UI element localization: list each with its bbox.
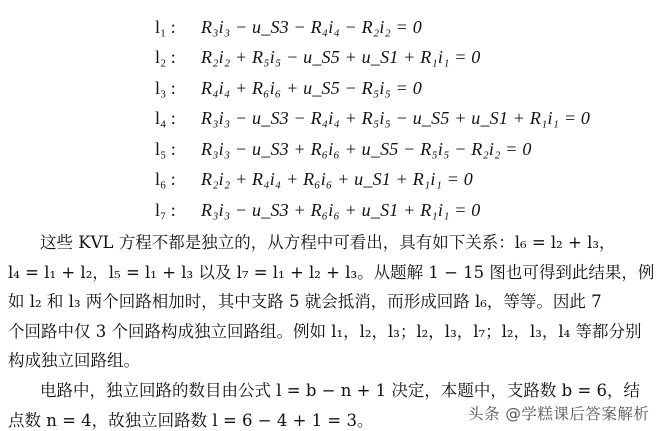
loop-label: l₄ : — [155, 108, 201, 129]
equation-expression: R₄i₄ + R₆i₆ + u_S5 − R₅i₅ = 0 — [201, 78, 422, 99]
equation-expression: R₃i₃ − u_S3 + R₆i₆ + u_S5 − R₅i₅ − R₂i₂ … — [201, 139, 532, 160]
equation-row-l5: l₅ : R₃i₃ − u_S3 + R₆i₆ + u_S5 − R₅i₅ − … — [155, 134, 590, 165]
equation-expression: R₂i₂ + R₄i₄ + R₆i₆ + u_S1 + R₁i₁ = 0 — [201, 169, 473, 190]
equation-row-l1: l₁ : R₃i₃ − u_S3 − R₄i₄ − R₂i₂ = 0 — [155, 12, 590, 43]
equation-row-l2: l₂ : R₂i₂ + R₅i₅ − u_S5 + u_S1 + R₁i₁ = … — [155, 43, 590, 74]
equation-expression: R₃i₃ − u_S3 + R₆i₆ + u_S1 + R₁i₁ = 0 — [201, 200, 480, 221]
text-line: 如 l₂ 和 l₃ 两个回路相加时，其中支路 5 就会抵消，而形成回路 l₆，等… — [8, 287, 664, 317]
equation-expression: R₃i₃ − u_S3 − R₄i₄ − R₂i₂ = 0 — [201, 17, 422, 38]
paragraph-kvl-dependence: 这些 KVL 方程不都是独立的，从方程中可看出，具有如下关系：l₆ = l₂ +… — [8, 228, 664, 376]
equation-expression: R₂i₂ + R₅i₅ − u_S5 + u_S1 + R₁i₁ = 0 — [201, 47, 480, 68]
equation-row-l7: l₇ : R₃i₃ − u_S3 + R₆i₆ + u_S1 + R₁i₁ = … — [155, 195, 590, 226]
loop-label: l₂ : — [155, 47, 201, 68]
loop-label: l₅ : — [155, 139, 201, 160]
text-line: 这些 KVL 方程不都是独立的，从方程中可看出，具有如下关系：l₆ = l₂ +… — [8, 228, 664, 258]
loop-label: l₁ : — [155, 17, 201, 38]
equation-expression: R₃i₃ − u_S3 − R₄i₄ + R₅i₅ − u_S5 + u_S1 … — [201, 108, 590, 129]
equation-row-l4: l₄ : R₃i₃ − u_S3 − R₄i₄ + R₅i₅ − u_S5 + … — [155, 104, 590, 135]
text-line: 个回路中仅 3 个回路构成独立回路组。例如 l₁，l₂，l₃；l₂，l₃，l₇；… — [8, 317, 664, 347]
watermark: 头条 @学糕课后答案解析 — [468, 402, 649, 424]
equation-row-l3: l₃ : R₄i₄ + R₆i₆ + u_S5 − R₅i₅ = 0 — [155, 73, 590, 104]
loop-label: l₇ : — [155, 200, 201, 221]
loop-label: l₆ : — [155, 169, 201, 190]
kvl-equation-list: l₁ : R₃i₃ − u_S3 − R₄i₄ − R₂i₂ = 0 l₂ : … — [155, 12, 590, 226]
loop-label: l₃ : — [155, 78, 201, 99]
text-line: 构成独立回路组。 — [8, 346, 664, 376]
text-line: l₄ = l₁ + l₂，l₅ = l₁ + l₃ 以及 l₇ = l₁ + l… — [8, 258, 664, 288]
equation-row-l6: l₆ : R₂i₂ + R₄i₄ + R₆i₆ + u_S1 + R₁i₁ = … — [155, 165, 590, 196]
